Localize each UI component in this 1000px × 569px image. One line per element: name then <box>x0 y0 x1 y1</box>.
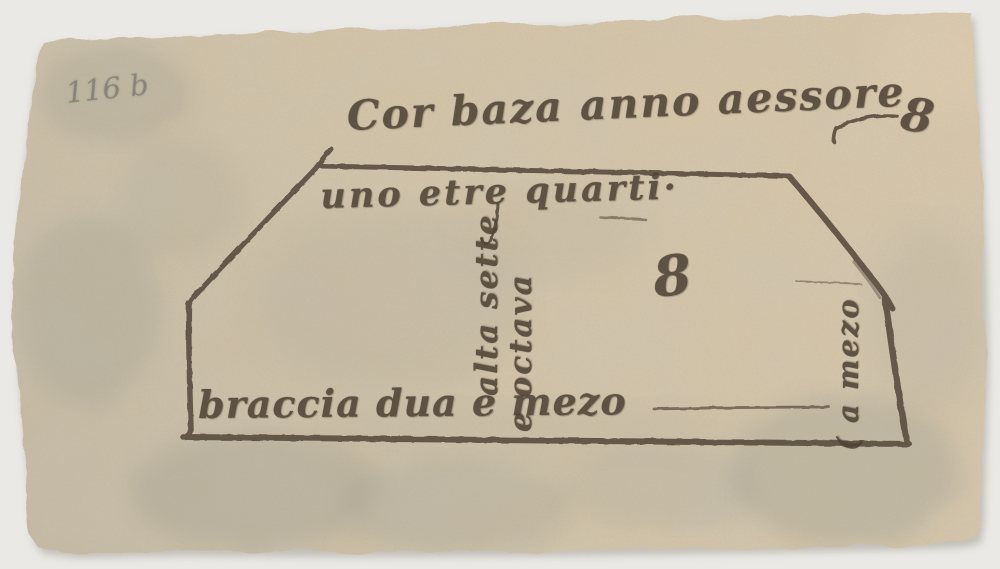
inscription-depth-right: ( a mezo <box>833 241 873 451</box>
inscription-height-line1: alta sette <box>470 194 504 396</box>
inscription-center-number: 8 <box>650 244 694 308</box>
scanned-document: 116 b Cor baza anno aessore 8 uno etre q… <box>0 0 1000 569</box>
inscription-width-bottom: braccia dua e mezo <box>198 380 627 426</box>
